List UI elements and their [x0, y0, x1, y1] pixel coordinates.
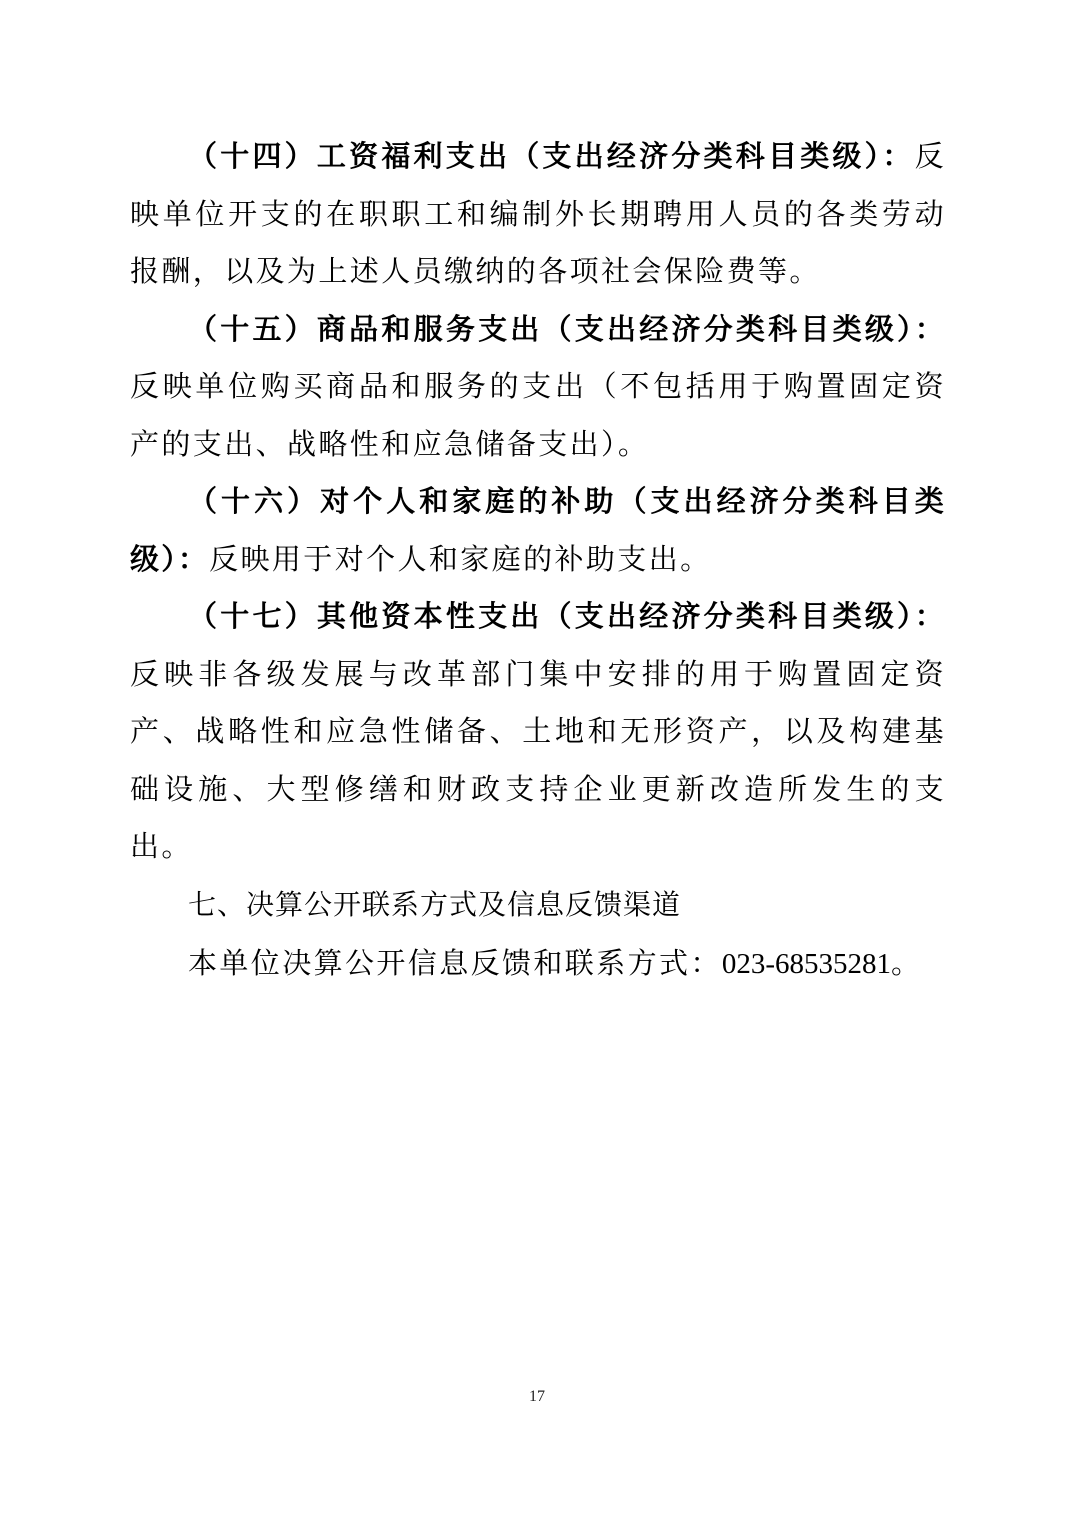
section-15-title: （十五）商品和服务支出（支出经济分类科目类级）：	[188, 312, 946, 346]
section-heading-contact: 七、决算公开联系方式及信息反馈渠道	[130, 876, 946, 934]
section-15-body: 反映单位购买商品和服务的支出（不包括用于购置固定资产的支出、战略性和应急储备支出…	[130, 369, 946, 461]
contact-phone: 023-68535281	[722, 948, 891, 980]
contact-end: 。	[891, 946, 922, 980]
document-page: （十四）工资福利支出（支出经济分类科目类级）：反映单位开支的在职职工和编制外长期…	[130, 128, 946, 993]
section-14: （十四）工资福利支出（支出经济分类科目类级）：反映单位开支的在职职工和编制外长期…	[130, 128, 946, 301]
section-17: （十七）其他资本性支出（支出经济分类科目类级）：反映非各级发展与改革部门集中安排…	[130, 588, 946, 876]
section-14-title: （十四）工资福利支出（支出经济分类科目类级）：	[188, 139, 915, 173]
section-17-title: （十七）其他资本性支出（支出经济分类科目类级）：	[188, 599, 946, 633]
section-16: （十六）对个人和家庭的补助（支出经济分类科目类级）：反映用于对个人和家庭的补助支…	[130, 473, 946, 588]
section-15: （十五）商品和服务支出（支出经济分类科目类级）：反映单位购买商品和服务的支出（不…	[130, 301, 946, 474]
section-16-body: 反映用于对个人和家庭的补助支出。	[209, 542, 711, 576]
page-number: 17	[0, 1388, 1074, 1406]
contact-line: 本单位决算公开信息反馈和联系方式：023-68535281。	[130, 934, 946, 993]
contact-label: 本单位决算公开信息反馈和联系方式：	[188, 946, 722, 980]
section-17-body: 反映非各级发展与改革部门集中安排的用于购置固定资产、战略性和应急性储备、土地和无…	[130, 657, 946, 864]
